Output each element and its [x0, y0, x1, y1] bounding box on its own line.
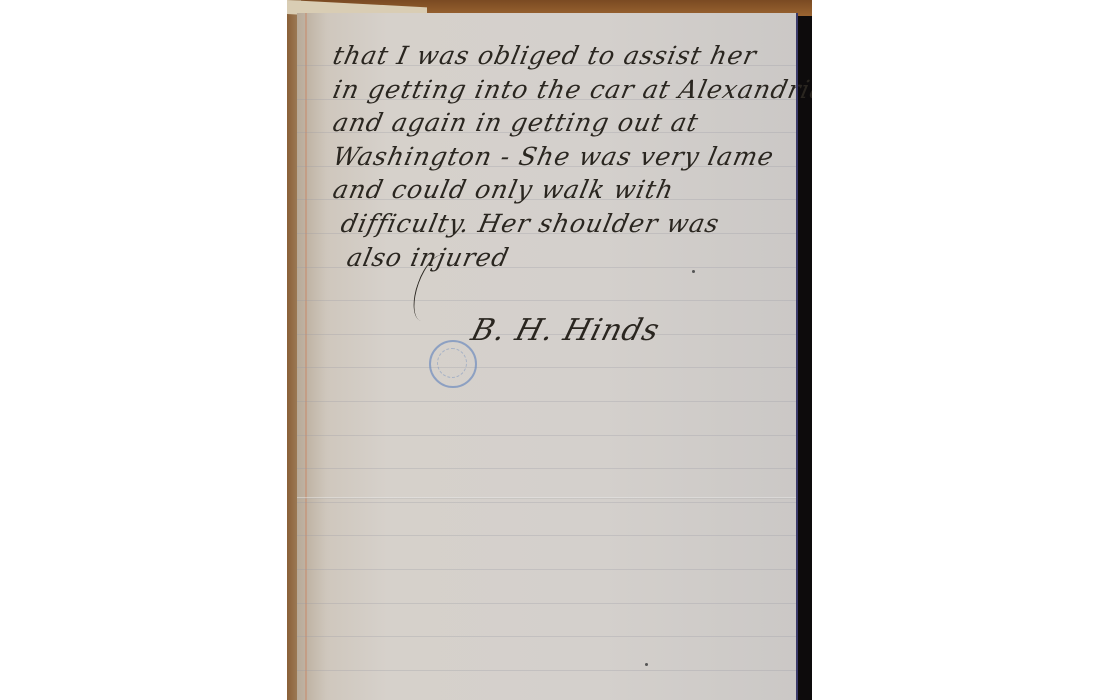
paper-edge-shadow — [796, 13, 798, 700]
ruled-line — [297, 367, 797, 368]
ruled-line — [297, 435, 797, 436]
archival-stamp-icon — [429, 340, 477, 388]
handwritten-text: that I was obliged to assist her in gett… — [333, 41, 803, 276]
text-line: that I was obliged to assist her — [329, 41, 806, 75]
ruled-line — [297, 300, 797, 301]
ruled-line — [297, 401, 797, 402]
letter-page: that I was obliged to assist her in gett… — [297, 13, 797, 700]
ruled-line — [297, 603, 797, 604]
text-line: and again in getting out at — [329, 108, 806, 142]
text-line: in getting into the car at Alexandria — [329, 75, 806, 109]
ruled-line — [297, 569, 797, 570]
ruled-line — [297, 670, 797, 671]
ruled-line — [297, 535, 797, 536]
text-line: and could only walk with — [329, 175, 806, 209]
margin-rule — [305, 13, 307, 700]
document-photo: that I was obliged to assist her in gett… — [287, 0, 812, 700]
paper-speck — [692, 270, 695, 273]
text-line: also injured — [329, 243, 806, 277]
ruled-line — [297, 502, 797, 503]
stamp-inner-ring — [437, 348, 467, 378]
paper-speck — [645, 663, 648, 666]
paper-fold — [297, 497, 797, 499]
text-line: difficulty. Her shoulder was — [329, 209, 806, 243]
ruled-line — [297, 636, 797, 637]
text-line: Washington - She was very lame — [329, 142, 806, 176]
signature: B. H. Hinds — [467, 313, 663, 348]
ruled-line — [297, 468, 797, 469]
